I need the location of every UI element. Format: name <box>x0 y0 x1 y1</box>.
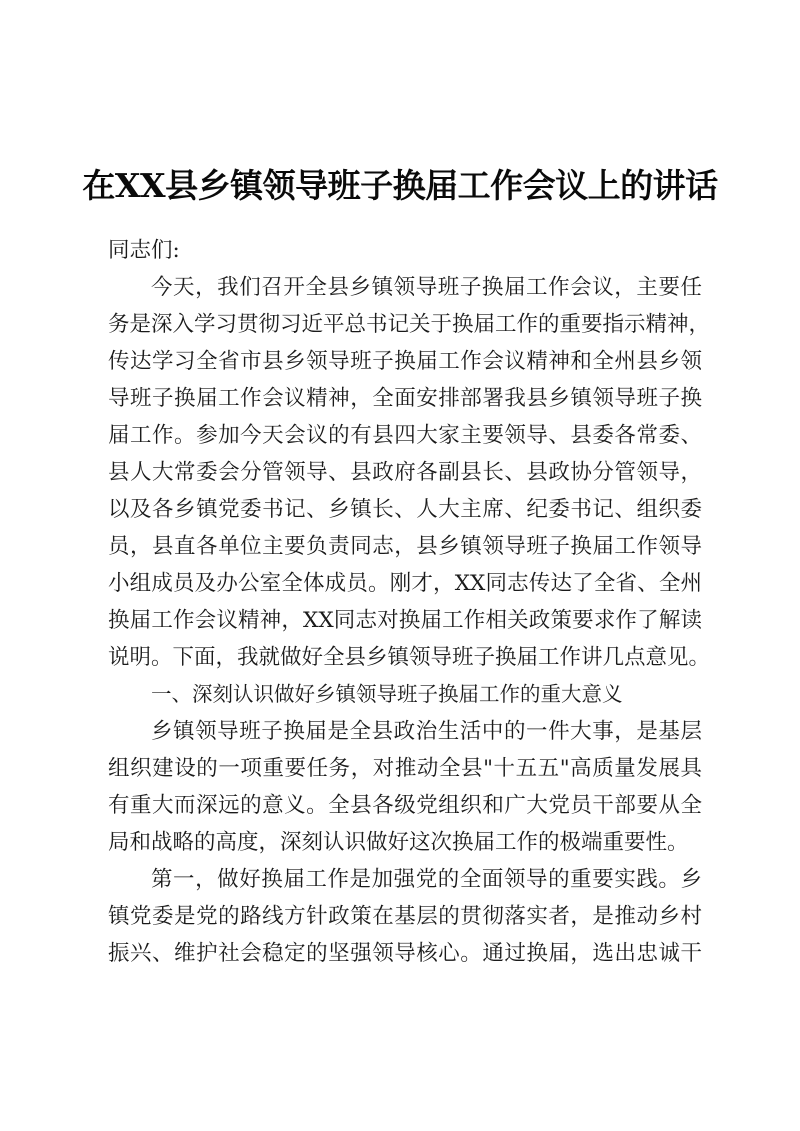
paragraph-line: 今天，我们召开全县乡镇领导班子换届工作会议，主要任 <box>108 269 702 306</box>
paragraph-line: 镇党委是党的路线方针政策在基层的贯彻落实者，是推动乡村 <box>108 898 702 935</box>
section-heading: 一、深刻认识做好乡镇领导班子换届工作的重大意义 <box>108 676 702 713</box>
paragraph-line: 局和战略的高度，深刻认识做好这次换届工作的极端重要性。 <box>108 824 702 861</box>
paragraph-line: 第一，做好换届工作是加强党的全面领导的重要实践。乡 <box>108 861 702 898</box>
document-body: 同志们: 今天，我们召开全县乡镇领导班子换届工作会议，主要任 务是深入学习贯彻习… <box>108 232 702 972</box>
paragraph-line: 换届工作会议精神，XX同志对换届工作相关政策要求作了解读 <box>108 602 702 639</box>
paragraph-line: 以及各乡镇党委书记、乡镇长、人大主席、纪委书记、组织委 <box>108 491 702 528</box>
salutation: 同志们: <box>108 232 702 269</box>
paragraph-line: 届工作。参加今天会议的有县四大家主要领导、县委各常委、 <box>108 417 702 454</box>
paragraph-line: 传达学习全省市县乡领导班子换届工作会议精神和全州县乡领 <box>108 343 702 380</box>
paragraph-line: 员，县直各单位主要负责同志，县乡镇领导班子换届工作领导 <box>108 528 702 565</box>
paragraph-line: 小组成员及办公室全体成员。刚才，XX同志传达了全省、全州 <box>108 565 702 602</box>
paragraph-line: 务是深入学习贯彻习近平总书记关于换届工作的重要指示精神， <box>108 306 702 343</box>
paragraph-line: 县人大常委会分管领导、县政府各副县长、县政协分管领导， <box>108 454 702 491</box>
document-title: 在XX县乡镇领导班子换届工作会议上的讲话 <box>0 162 800 210</box>
paragraph-line: 有重大而深远的意义。全县各级党组织和广大党员干部要从全 <box>108 787 702 824</box>
paragraph-line: 组织建设的一项重要任务，对推动全县"十五五"高质量发展具 <box>108 750 702 787</box>
paragraph-line: 说明。下面，我就做好全县乡镇领导班子换届工作讲几点意见。 <box>108 639 702 676</box>
paragraph-line: 导班子换届工作会议精神，全面安排部署我县乡镇领导班子换 <box>108 380 702 417</box>
paragraph-line: 乡镇领导班子换届是全县政治生活中的一件大事，是基层 <box>108 713 702 750</box>
paragraph-line: 振兴、维护社会稳定的坚强领导核心。通过换届，选出忠诚干 <box>108 935 702 972</box>
document-page: 在XX县乡镇领导班子换届工作会议上的讲话 同志们: 今天，我们召开全县乡镇领导班… <box>0 0 800 1131</box>
